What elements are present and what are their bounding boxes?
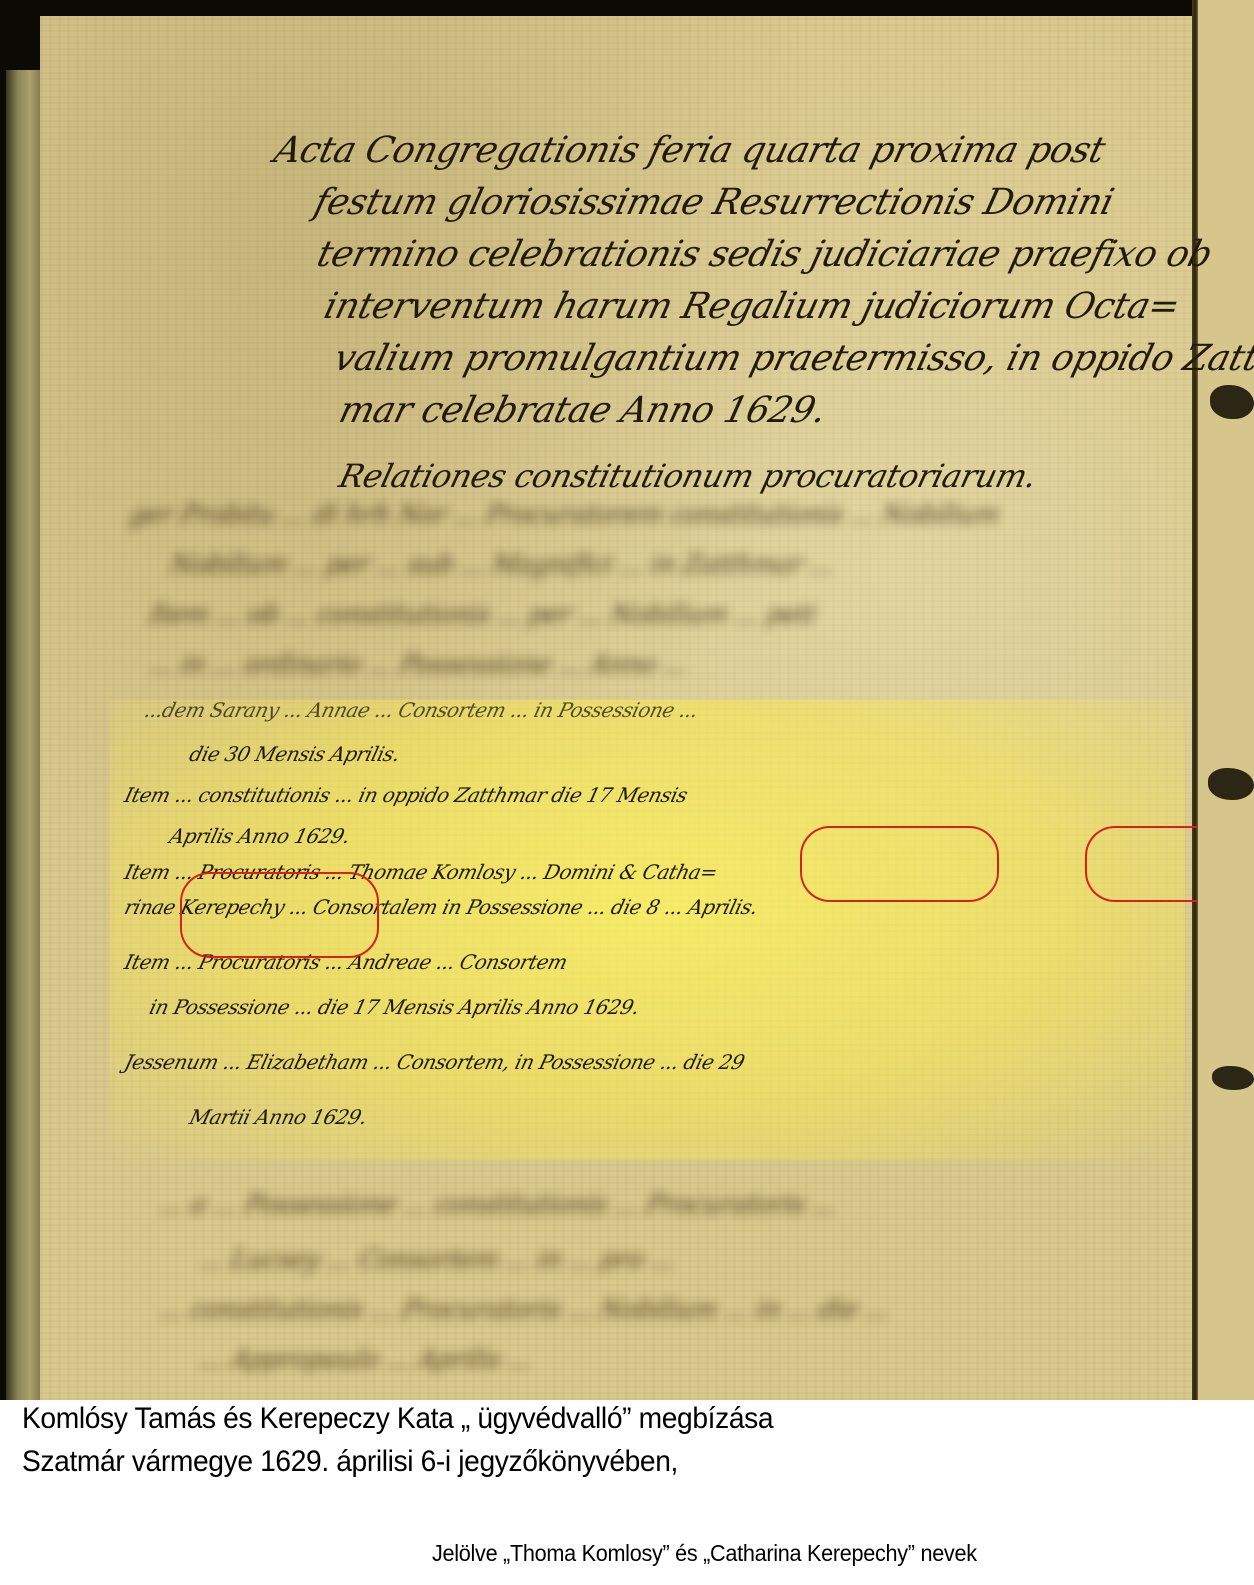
manuscript-line: in Possessione ... die 17 Mensis Aprilis… bbox=[147, 995, 642, 1019]
ink-blot bbox=[1210, 385, 1254, 419]
blurred-text-lower: ... a ... Possessione ... constitutionis… bbox=[140, 1170, 1190, 1400]
facing-page-edge bbox=[1198, 0, 1254, 1400]
heading-line: Acta Congregationis feria quarta proxima… bbox=[269, 125, 1111, 177]
caption-note: Jelölve „Thoma Komlosy” és „Catharina Ke… bbox=[432, 1540, 977, 1567]
manuscript-line: Aprilis Anno 1629. bbox=[167, 824, 352, 848]
heading-line: termino celebrationis sedis judiciariae … bbox=[312, 229, 1218, 281]
name-marker-catharina-start bbox=[1085, 826, 1197, 902]
manuscript-scan: Acta Congregationis feria quarta proxima… bbox=[0, 0, 1254, 1400]
ink-blot bbox=[1208, 768, 1254, 800]
caption-title: Komlósy Tamás és Kerepeczy Kata „ ügyvéd… bbox=[22, 1402, 773, 1436]
name-marker-kerepechy bbox=[180, 872, 379, 958]
manuscript-line: Jessenum ... Elizabetham ... Consortem, … bbox=[122, 1050, 747, 1074]
heading-line: festum gloriosissimae Resurrectionis Dom… bbox=[309, 177, 1119, 229]
heading-line: interventum harum Regalium judiciorum Oc… bbox=[319, 281, 1186, 333]
manuscript-line: Martii Anno 1629. bbox=[187, 1105, 369, 1129]
manuscript-line: die 30 Mensis Aprilis. bbox=[187, 742, 402, 766]
name-marker-thoma-komlosy bbox=[800, 826, 999, 902]
caption-subtitle: Szatmár vármegye 1629. áprilisi 6-i jegy… bbox=[22, 1445, 678, 1479]
manuscript-line: Item ... constitutionis ... in oppido Za… bbox=[122, 783, 690, 807]
heading-line: valium promulgantium praetermisso, in op… bbox=[329, 333, 1254, 385]
manuscript-line: ...dem Sarany ... Annae ... Consortem ..… bbox=[142, 698, 700, 722]
blurred-text-upper: ger Probitu ... di hrh Nor ... Procurato… bbox=[110, 480, 1190, 700]
heading-line: mar celebratae Anno 1629. bbox=[334, 385, 832, 437]
ink-blot bbox=[1212, 1066, 1254, 1090]
